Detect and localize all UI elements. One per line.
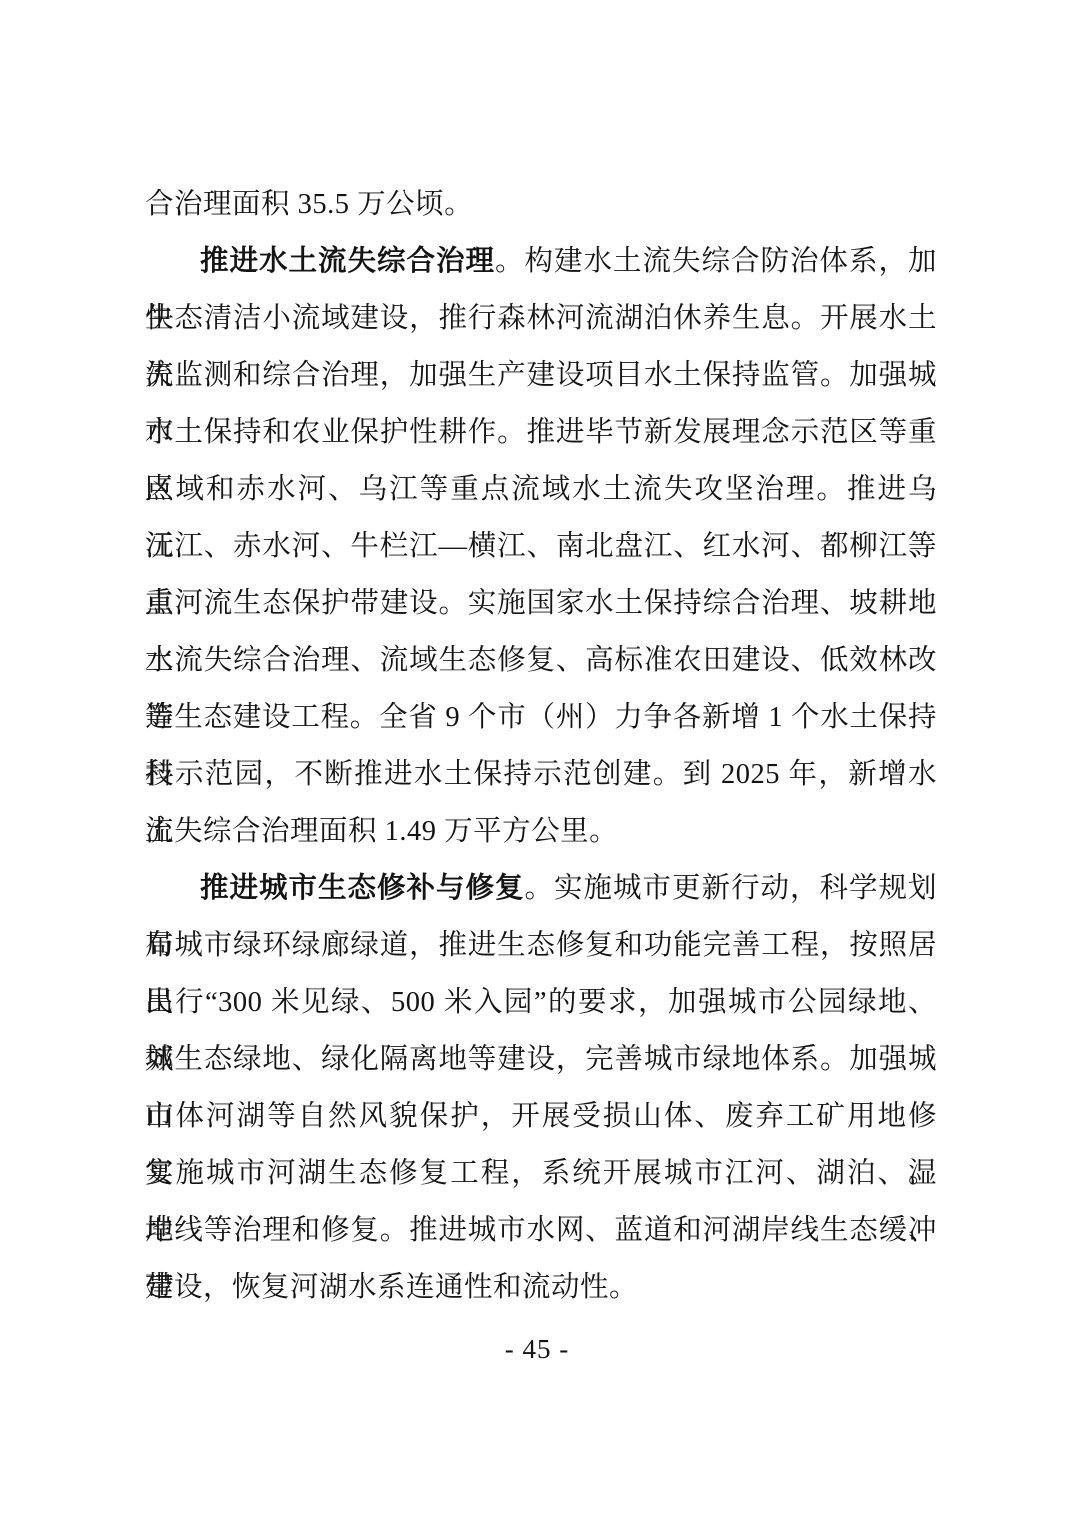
paragraph-line: 失监测和综合治理，加强生产建设项目水土保持监管。加强城市 (145, 347, 937, 404)
paragraph-line: 实施城市河湖生态修复工程，系统开展城市江河、湖泊、湿地、 (145, 1145, 937, 1202)
paragraph-line: 郊生态绿地、绿化隔离地等建设，完善城市绿地体系。加强城市 (145, 1031, 937, 1088)
document-body: 合治理面积 35.5 万公顷。 推进水土流失综合治理。构建水土流失综合防治体系，… (145, 176, 937, 1316)
paragraph-line: 局城市绿环绿廊绿道，推进生态修复和功能完善工程，按照居民 (145, 917, 937, 974)
page-footer: - 45 - (0, 1334, 1074, 1365)
paragraph-heading: 推进水土流失综合治理 (200, 245, 495, 277)
paragraph-line: 推进城市生态修补与修复。实施城市更新行动，科学规划布 (145, 860, 937, 917)
document-page: 合治理面积 35.5 万公顷。 推进水土流失综合治理。构建水土流失综合防治体系，… (0, 0, 1074, 1520)
paragraph-line: 点河流生态保护带建设。实施国家水土保持综合治理、坡耕地水 (145, 575, 937, 632)
line-text: 建设，恢复河湖水系连通性和流动性。 (145, 1272, 638, 1303)
paragraph-line: 山体河湖等自然风貌保护，开展受损山体、废弃工矿用地修复。 (145, 1088, 937, 1145)
line-text: 流失综合治理面积 1.49 万平方公里。 (145, 816, 618, 847)
paragraph-line: 技示范园，不断推进水土保持示范创建。到 2025 年，新增水土 (145, 746, 937, 803)
paragraph-heading: 推进城市生态修补与修复 (200, 872, 525, 904)
paragraph-line: 出行“300 米见绿、500 米入园”的要求，加强城市公园绿地、城 (145, 974, 937, 1031)
paragraph-line: 建设，恢复河湖水系连通性和流动性。 (145, 1259, 937, 1316)
paragraph-line: 等生态建设工程。全省 9 个市（州）力争各新增 1 个水土保持科 (145, 689, 937, 746)
page-number: - 45 - (505, 1334, 569, 1364)
paragraph-line: 合治理面积 35.5 万公顷。 (145, 176, 937, 233)
paragraph-line: 生态清洁小流域建设，推行森林河流湖泊休养生息。开展水土流 (145, 290, 937, 347)
paragraph-line: 流失综合治理面积 1.49 万平方公里。 (145, 803, 937, 860)
paragraph-line: 岸线等治理和修复。推进城市水网、蓝道和河湖岸线生态缓冲带 (145, 1202, 937, 1259)
paragraph-line: 沅江、赤水河、牛栏江—横江、南北盘江、红水河、都柳江等重 (145, 518, 937, 575)
paragraph-line: 土流失综合治理、流域生态修复、高标准农田建设、低效林改造 (145, 632, 937, 689)
line-text: 合治理面积 35.5 万公顷。 (145, 189, 473, 220)
paragraph-line: 水土保持和农业保护性耕作。推进毕节新发展理念示范区等重点 (145, 404, 937, 461)
paragraph-line: 区域和赤水河、乌江等重点流域水土流失攻坚治理。推进乌江、 (145, 461, 937, 518)
paragraph-line: 推进水土流失综合治理。构建水土流失综合防治体系，加快 (145, 233, 937, 290)
